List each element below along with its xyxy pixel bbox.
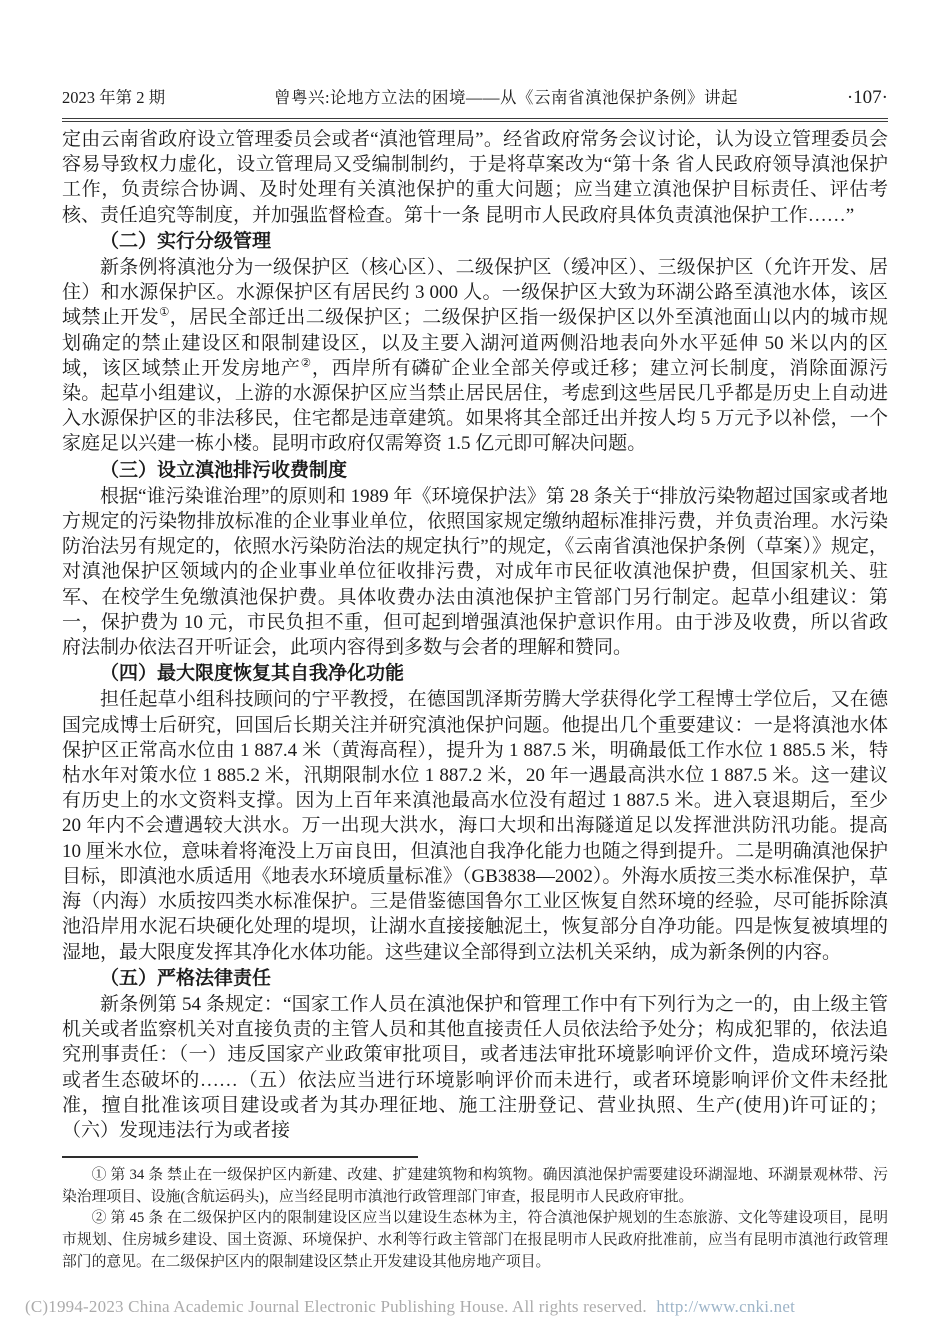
footnote-ref-1: ① [159,307,170,319]
footnote-2: ② 第 45 条 在二级保护区内的限制建设区应当以建设生态林为主，符合滇池保护规… [62,1208,888,1273]
running-title: 曾粤兴:论地方立法的困境——从《云南省滇池保护条例》讲起 [165,84,847,108]
footnote-separator [62,1156,418,1158]
paragraph-continuation: 定由云南省政府设立管理委员会或者“滇池管理局”。经省政府常务会议讨论，认为设立管… [62,127,888,228]
copyright-notice: (C)1994-2023 China Academic Journal Elec… [25,1297,647,1317]
journal-issue: 2023 年第 2 期 [62,84,165,108]
paragraph-graded-management: 新条例将滇池分为一级保护区（核心区）、二级保护区（缓冲区）、三级保护区（允许开发… [62,255,888,457]
footnote-1: ① 第 34 条 禁止在一级保护区内新建、改建、扩建建筑物和构筑物。确因滇池保护… [62,1165,888,1208]
paragraph-legal-liability: 新条例第 54 条规定：“国家工作人员在滇池保护和管理工作中有下列行为之一的，由… [62,992,888,1143]
section-heading-4: （四）最大限度恢复其自我净化功能 [62,661,888,686]
page-number: ·107· [847,87,888,109]
footnotes: ① 第 34 条 禁止在一级保护区内新建、改建、扩建建筑物和构筑物。确因滇池保护… [62,1165,888,1273]
section-heading-5: （五）严格法律责任 [62,966,888,991]
paragraph-pollution-fee: 根据“谁污染谁治理”的原则和 1989 年《环境保护法》第 28 条关于“排放污… [62,484,888,660]
page-footer: (C)1994-2023 China Academic Journal Elec… [25,1297,795,1317]
journal-page: 2023 年第 2 期 曾粤兴:论地方立法的困境——从《云南省滇池保护条例》讲起… [0,0,950,1344]
article-body: 定由云南省政府设立管理委员会或者“滇池管理局”。经省政府常务会议讨论，认为设立管… [62,127,888,1273]
paragraph-self-purification: 担任起草小组科技顾问的宁平教授，在德国凯泽斯劳腾大学获得化学工程博士学位后，又在… [62,687,888,964]
footnote-ref-2: ② [301,358,312,370]
page-header: 2023 年第 2 期 曾粤兴:论地方立法的困境——从《云南省滇池保护条例》讲起… [62,84,888,122]
section-heading-3: （三）设立滇池排污收费制度 [62,458,888,483]
section-heading-2: （二）实行分级管理 [62,229,888,254]
cnki-url[interactable]: http://www.cnki.net [656,1297,795,1317]
